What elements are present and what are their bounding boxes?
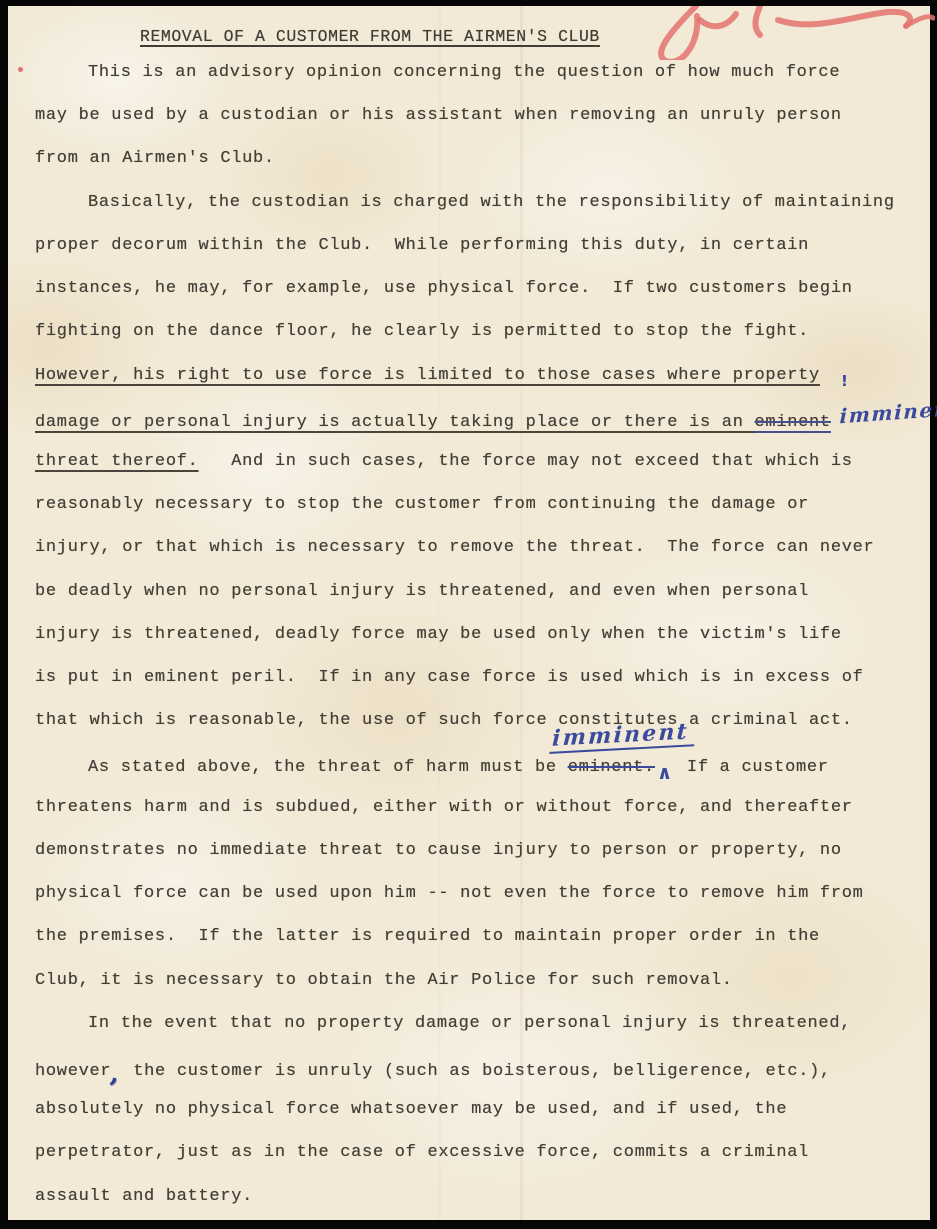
typed-line: demonstrates no immediate threat to caus… [35, 840, 930, 883]
typed-line: perpetrator, just as in the case of exce… [35, 1142, 930, 1185]
typed-line: may be used by a custodian or his assist… [35, 105, 930, 148]
insertion-caret: ∧ [657, 762, 673, 784]
typed-text: Club, it is necessary to obtain the Air … [35, 971, 733, 990]
typed-text: may be used by a custodian or his assist… [35, 106, 842, 125]
typed-line: be deadly when no personal injury is thr… [35, 581, 930, 624]
typed-text: is put in eminent peril. If in any case … [35, 668, 864, 687]
typed-text: And in such cases, the force may not exc… [199, 452, 853, 471]
typed-text: If a customer [676, 758, 829, 777]
typed-text: physical force can be used upon him -- n… [35, 884, 864, 903]
typed-text: assault and battery. [35, 1187, 253, 1206]
typed-line: damage or personal injury is actually ta… [35, 408, 930, 451]
scan-background: REMOVAL OF A CUSTOMER FROM THE AIRMEN'S … [0, 0, 937, 1229]
typed-text: instances, he may, for example, use phys… [35, 279, 853, 298]
typed-text: Basically, the custodian is charged with… [88, 193, 895, 212]
typed-text: perpetrator, just as in the case of exce… [35, 1143, 809, 1162]
red-ink-speck [18, 67, 23, 72]
typed-text: absolutely no physical force whatsoever … [35, 1100, 787, 1119]
typed-text: threatens harm and is subdued, either wi… [35, 798, 853, 817]
typed-text: proper decorum within the Club. While pe… [35, 236, 809, 255]
typed-line: fighting on the dance floor, he clearly … [35, 321, 930, 364]
typed-text: injury, or that which is necessary to re… [35, 538, 874, 557]
typed-line: absolutely no physical force whatsoever … [35, 1099, 930, 1142]
typed-text: the premises. If the latter is required … [35, 927, 820, 946]
typed-text: that which is reasonable, the use of suc… [35, 711, 853, 730]
typed-text: fighting on the dance floor, he clearly … [35, 322, 809, 341]
typed-text: threat thereof. [35, 452, 199, 471]
typed-line: In the event that no property damage or … [35, 1013, 930, 1056]
typed-line: Basically, the custodian is charged with… [35, 192, 930, 235]
typed-text: reasonably necessary to stop the custome… [35, 495, 809, 514]
struck-word-eminent: eminent [755, 413, 831, 432]
typed-text: from an Airmen's Club. [35, 149, 275, 168]
typed-line: injury is threatened, deadly force may b… [35, 624, 930, 667]
struck-word-eminent: eminent. [568, 758, 655, 777]
typed-line: threat thereof. And in such cases, the f… [35, 451, 930, 494]
typed-text: In the event that no property damage or … [88, 1014, 851, 1033]
red-handwriting-scribble [600, 6, 935, 60]
typed-text: the customer is unruly (such as boistero… [122, 1062, 831, 1081]
typed-line: that which is reasonable, the use of suc… [35, 710, 930, 753]
typed-line: physical force can be used upon him -- n… [35, 883, 930, 926]
typed-line: however, the customer is unruly (such as… [35, 1056, 930, 1099]
scanned-page: REMOVAL OF A CUSTOMER FROM THE AIRMEN'S … [8, 6, 930, 1220]
typed-line: As stated above, the threat of harm must… [35, 754, 930, 797]
typed-line: the premises. If the latter is required … [35, 926, 930, 969]
typed-text: demonstrates no immediate threat to caus… [35, 841, 842, 860]
typed-line: assault and battery. [35, 1186, 930, 1229]
document-title: REMOVAL OF A CUSTOMER FROM THE AIRMEN'S … [140, 27, 600, 46]
typed-line: is put in eminent peril. If in any case … [35, 667, 930, 710]
typed-line: reasonably necessary to stop the custome… [35, 494, 930, 537]
typed-text: injury is threatened, deadly force may b… [35, 625, 842, 644]
typed-text: This is an advisory opinion concerning t… [88, 63, 840, 82]
typed-lines: This is an advisory opinion concerning t… [35, 62, 930, 1229]
typed-line: threatens harm and is subdued, either wi… [35, 797, 930, 840]
typed-text: However, his right to use force is limit… [35, 366, 820, 385]
typed-line: proper decorum within the Club. While pe… [35, 235, 930, 278]
typed-line: However, his right to use force is limit… [35, 365, 930, 408]
typed-line: Club, it is necessary to obtain the Air … [35, 970, 930, 1013]
ink-insertion-mark: , [109, 1062, 124, 1086]
typed-text: be deadly when no personal injury is thr… [35, 582, 809, 601]
typed-line: from an Airmen's Club. [35, 148, 930, 191]
typed-text: however [35, 1062, 111, 1081]
typed-line: injury, or that which is necessary to re… [35, 537, 930, 580]
typed-text: As stated above, the threat of harm must… [88, 758, 568, 777]
typed-text: damage or personal injury is actually ta… [35, 413, 755, 432]
typed-line: instances, he may, for example, use phys… [35, 278, 930, 321]
typed-line: This is an advisory opinion concerning t… [35, 62, 930, 105]
